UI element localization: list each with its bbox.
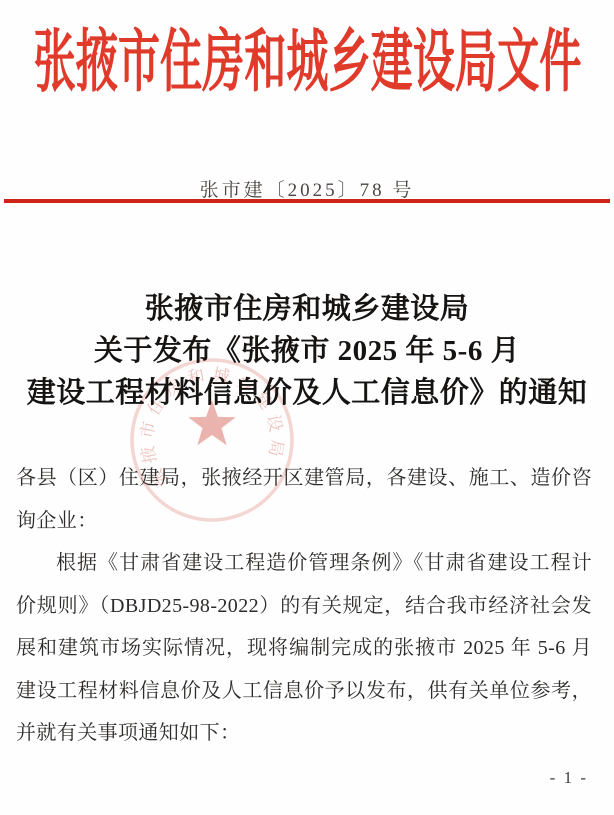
body-line: 建设工程材料信息价及人工信息价予以发布，供有关单位参考， [16, 670, 592, 713]
red-divider-line [4, 199, 610, 203]
body-line: 并就有关事项通知如下： [16, 712, 592, 755]
document-page: 张掖市住房和城乡建设局文件 张市建〔2025〕78 号 张掖市住房和城乡建设局 … [0, 0, 614, 815]
body-line: 根据《甘肃省建设工程造价管理条例》《甘肃省建设工程计 [16, 542, 592, 585]
document-title: 张掖市住房和城乡建设局 关于发布《张掖市 2025 年 5-6 月 建设工程材料… [8, 288, 606, 414]
title-line-1: 张掖市住房和城乡建设局 [8, 288, 606, 330]
letterhead-banner: 张掖市住房和城乡建设局文件 [0, 10, 614, 104]
title-line-3: 建设工程材料信息价及人工信息价》的通知 [8, 372, 606, 414]
body-line: 展和建筑市场实际情况，现将编制完成的张掖市 2025 年 5-6 月 [16, 627, 592, 670]
body-line: 询企业： [16, 500, 592, 543]
document-body: 各县（区）住建局，张掖经开区建管局，各建设、施工、造价咨 询企业： 根据《甘肃省… [16, 457, 592, 755]
title-line-2: 关于发布《张掖市 2025 年 5-6 月 [8, 330, 606, 372]
body-line: 各县（区）住建局，张掖经开区建管局，各建设、施工、造价咨 [16, 457, 592, 500]
page-number: - 1 - [550, 768, 588, 788]
body-line: 价规则》（DBJD25-98-2022）的有关规定，结合我市经济社会发 [16, 585, 592, 628]
document-number: 张市建〔2025〕78 号 [0, 175, 614, 202]
letterhead-title: 张掖市住房和城乡建设局文件 [33, 9, 581, 105]
